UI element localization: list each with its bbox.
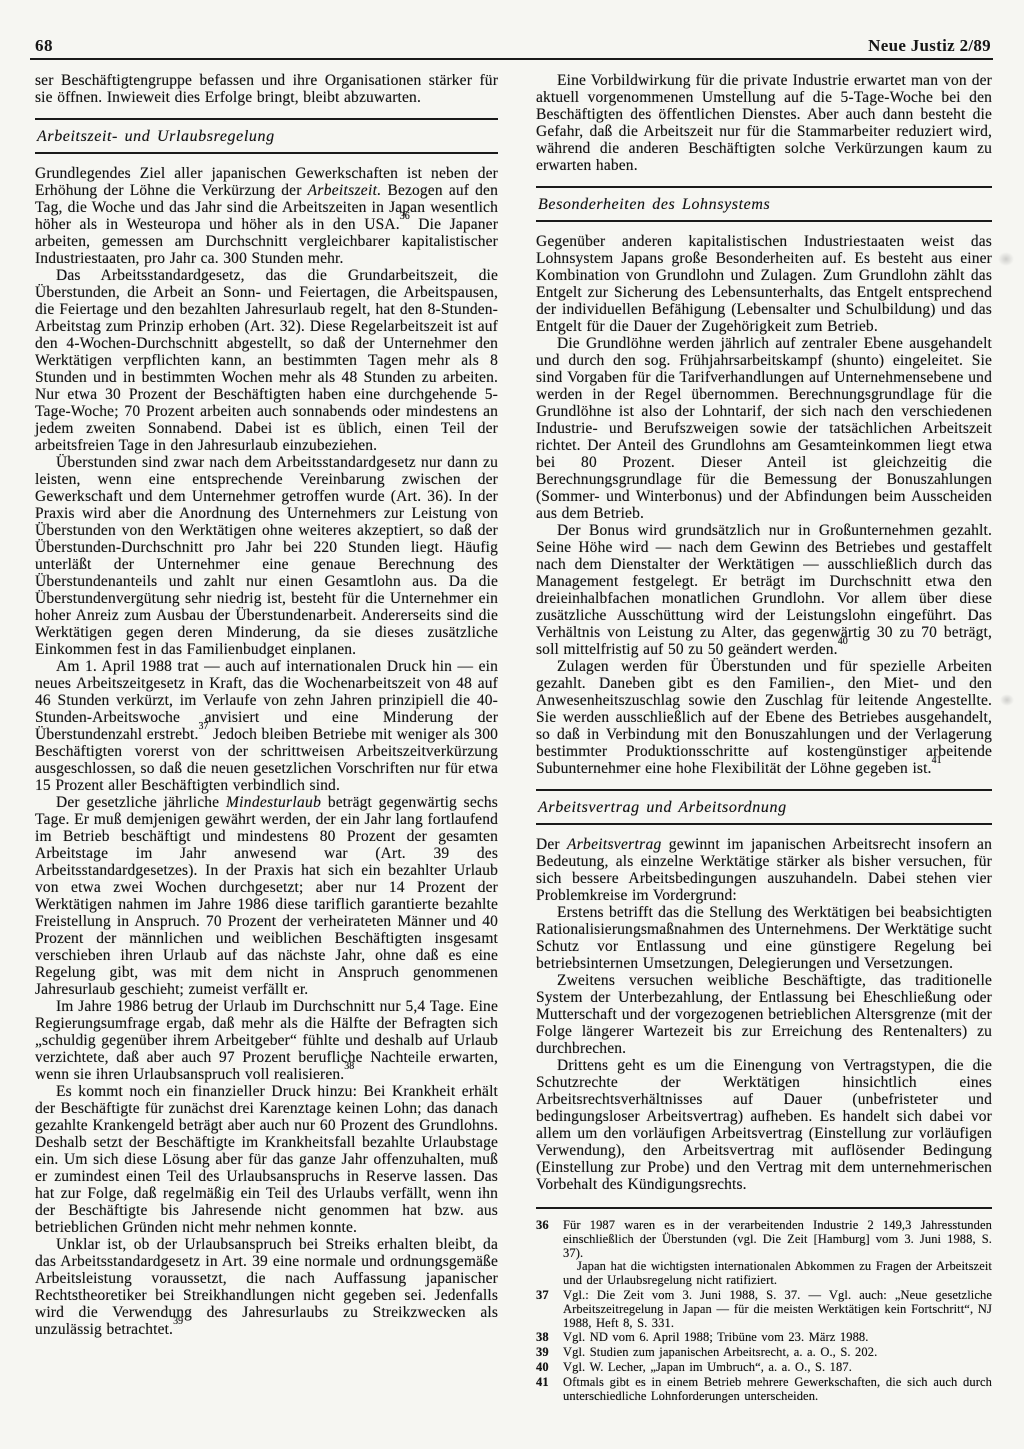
- footnote-41: 41 Oftmals gibt es in einem Betrieb mehr…: [536, 1376, 992, 1404]
- text-segment: Erstens betrifft das die Stellung des We…: [536, 904, 992, 972]
- footnote-text: Vgl. Studien zum japanischen Arbeitsrech…: [563, 1345, 877, 1359]
- text-segment: Überstunden sind zwar nach dem Arbeitsst…: [35, 454, 498, 658]
- section-heading-arbeitsvertrag: Arbeitsvertrag und Arbeitsordnung: [536, 789, 992, 825]
- text-segment: Der gesetzliche jährliche: [56, 794, 226, 811]
- scan-artifact: [1000, 694, 1014, 706]
- text-segment: Arbeitszeit.: [308, 182, 382, 199]
- intro-paragraph: ser Beschäftigtengruppe befassen und ihr…: [35, 72, 498, 106]
- left-column: ser Beschäftigtengruppe befassen und ihr…: [35, 72, 498, 1338]
- text-segment: Im Jahre 1986 betrug der Urlaub im Durch…: [35, 998, 498, 1083]
- text-segment: Zulagen werden für Überstunden und für s…: [536, 658, 992, 777]
- paragraph: Der gesetzliche jährliche Mindesturlaub …: [35, 794, 498, 998]
- paragraph: Zulagen werden für Überstunden und für s…: [536, 658, 992, 777]
- text-segment: Mindesturlaub: [226, 794, 321, 811]
- footnote-separator-rule: [536, 1207, 992, 1209]
- header-rule: [30, 58, 993, 60]
- paragraph: Das Arbeitsstandardgesetz, das die Grund…: [35, 267, 498, 454]
- text-segment: ser Beschäftigtengruppe befassen und ihr…: [35, 72, 498, 106]
- footnote-38: 38 Vgl. ND vom 6. April 1988; Tribüne vo…: [536, 1331, 992, 1345]
- footnote-number: 36: [536, 1219, 549, 1233]
- text-segment: Die Grundlöhne werden jährlich auf zentr…: [536, 335, 992, 522]
- footnote-reference: 37: [199, 721, 209, 732]
- paragraph: Drittens geht es um die Einengung von Ve…: [536, 1057, 992, 1193]
- text-segment: Zweitens versuchen weibliche Beschäftigt…: [536, 972, 992, 1057]
- footnote-number: 41: [536, 1376, 549, 1390]
- section-heading-lohnsystem: Besonderheiten des Lohnsystems: [536, 186, 992, 222]
- text-segment: Das Arbeitsstandardgesetz, das die Grund…: [35, 267, 498, 454]
- scan-artifact: [998, 252, 1014, 266]
- section-heading-label: Arbeitsvertrag und Arbeitsordnung: [538, 799, 787, 816]
- footnote-36: 36 Für 1987 waren es in der verarbeitend…: [536, 1219, 992, 1288]
- text-segment: Es kommt noch ein finanzieller Druck hin…: [35, 1083, 498, 1236]
- section-heading-label: Arbeitszeit- und Urlaubsregelung: [37, 128, 275, 145]
- footnote-text: Oftmals gibt es in einem Betrieb mehrere…: [563, 1375, 992, 1403]
- paragraph: Die Grundlöhne werden jährlich auf zentr…: [536, 335, 992, 522]
- right-column: Eine Vorbildwirkung für die private Indu…: [536, 72, 992, 1404]
- footnote-number: 40: [536, 1361, 549, 1375]
- footnote-text: Vgl.: Die Zeit vom 3. Juni 1988, S. 37. …: [563, 1288, 992, 1330]
- paragraph: Es kommt noch ein finanzieller Druck hin…: [35, 1083, 498, 1236]
- text-segment: Drittens geht es um die Einengung von Ve…: [536, 1057, 992, 1193]
- paragraph: Zweitens versuchen weibliche Beschäftigt…: [536, 972, 992, 1057]
- paragraph: Erstens betrifft das die Stellung des We…: [536, 904, 992, 972]
- footnote-text: Vgl. W. Lecher, „Japan im Umbruch“, a. a…: [563, 1360, 852, 1374]
- paragraph: Grundlegendes Ziel aller japanischen Gew…: [35, 165, 498, 267]
- paragraph: Der Bonus wird grundsätzlich nur in Groß…: [536, 522, 992, 658]
- footnote-reference: 38: [344, 1061, 354, 1072]
- text-segment: Der Bonus wird grundsätzlich nur in Groß…: [536, 522, 992, 658]
- section-heading-arbeitszeit: Arbeitszeit- und Urlaubsregelung: [35, 118, 498, 154]
- paragraph: Im Jahre 1986 betrug der Urlaub im Durch…: [35, 998, 498, 1083]
- text-segment: Gegenüber anderen kapitalistischen Indus…: [536, 233, 992, 335]
- lead-paragraph: Eine Vorbildwirkung für die private Indu…: [536, 72, 992, 174]
- paragraph: Gegenüber anderen kapitalistischen Indus…: [536, 233, 992, 335]
- footnote-extra-text: Japan hat die wichtigsten internationale…: [563, 1260, 992, 1288]
- footnote-40: 40 Vgl. W. Lecher, „Japan im Umbruch“, a…: [536, 1361, 992, 1375]
- paragraph: Der Arbeitsvertrag gewinnt im japanische…: [536, 836, 992, 904]
- text-segment: Unklar ist, ob der Urlaubsanspruch bei S…: [35, 1236, 498, 1338]
- footnote-text: Für 1987 waren es in der verarbeitenden …: [563, 1218, 992, 1260]
- footnote-number: 38: [536, 1331, 549, 1345]
- paragraph: Überstunden sind zwar nach dem Arbeitsst…: [35, 454, 498, 658]
- footnote-number: 39: [536, 1346, 549, 1360]
- footnote-39: 39 Vgl. Studien zum japanischen Arbeitsr…: [536, 1346, 992, 1360]
- document-page: 68 Neue Justiz 2/89 ser Beschäftigtengru…: [0, 0, 1024, 1449]
- paragraph: Unklar ist, ob der Urlaubsanspruch bei S…: [35, 1236, 498, 1338]
- footnote-reference: 41: [932, 755, 942, 766]
- section-heading-label: Besonderheiten des Lohnsystems: [538, 196, 770, 213]
- journal-title: Neue Justiz 2/89: [868, 36, 991, 56]
- footnotes: 36 Für 1987 waren es in der verarbeitend…: [536, 1219, 992, 1403]
- page-number: 68: [35, 36, 53, 56]
- footnote-reference: 40: [838, 636, 848, 647]
- paragraph: Am 1. April 1988 trat — auch auf interna…: [35, 658, 498, 794]
- page-header: 68 Neue Justiz 2/89: [35, 36, 991, 58]
- footnote-reference: 39: [173, 1316, 183, 1327]
- text-segment: beträgt gegenwärtig sechs Tage. Er muß d…: [35, 794, 498, 998]
- footnote-number: 37: [536, 1289, 549, 1303]
- text-segment: Eine Vorbildwirkung für die private Indu…: [536, 72, 992, 174]
- footnote-reference: 36: [400, 211, 410, 222]
- text-segment: Der: [536, 836, 567, 853]
- text-segment: Arbeitsvertrag: [567, 836, 662, 853]
- footnote-37: 37 Vgl.: Die Zeit vom 3. Juni 1988, S. 3…: [536, 1289, 992, 1330]
- footnote-text: Vgl. ND vom 6. April 1988; Tribüne vom 2…: [563, 1330, 869, 1344]
